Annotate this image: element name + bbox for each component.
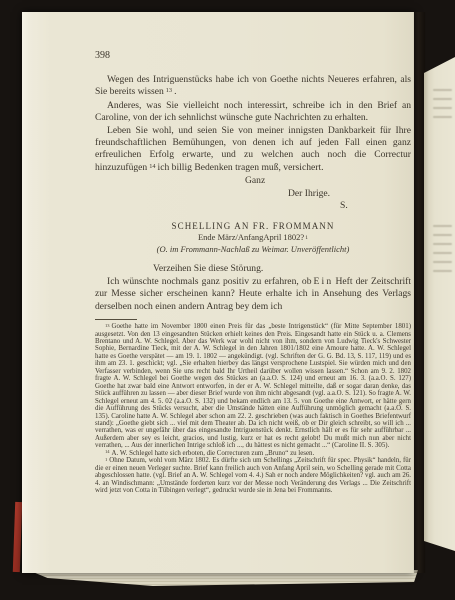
letter-date: Ende März/AnfangApril 1802?1 xyxy=(95,232,411,244)
page-content: 398 Wegen des Intriguenstücks habe ich v… xyxy=(95,12,411,495)
red-book-edge xyxy=(13,502,22,572)
ghost-text-line xyxy=(433,107,452,109)
letter-paragraph: Leben Sie wohl, und seien Sie von meiner… xyxy=(95,125,411,176)
footnote-marker: 14 xyxy=(105,449,110,454)
footnote-marker: 13 xyxy=(105,323,110,328)
ghost-text-line xyxy=(433,243,452,245)
ghost-text-line xyxy=(433,261,452,263)
ghost-text-line xyxy=(433,89,452,91)
footnote-ref-14: 14 xyxy=(149,163,155,170)
footnote-text: Goethe hatte im November 1800 einen Prei… xyxy=(95,323,411,449)
footnote-marker: 1 xyxy=(105,457,107,462)
footnote-rule xyxy=(95,319,137,320)
ghost-text-line xyxy=(433,116,452,118)
emphasized-word: Ein xyxy=(314,276,334,287)
letter-title: SCHELLING AN FR. FROMMANN xyxy=(95,221,411,232)
salutation: Verzeihen Sie diese Störung. xyxy=(95,263,411,275)
letter-paragraph: Wegen des Intriguenstücks habe ich von G… xyxy=(95,74,411,100)
letter-to-frommann-end: Wegen des Intriguenstücks habe ich von G… xyxy=(95,74,411,212)
closing-signature: S. xyxy=(95,200,411,212)
letter-date-text: Ende März/AnfangApril 1802? xyxy=(198,232,304,242)
ghost-text-line xyxy=(433,225,452,227)
letter-body: Verzeihen Sie diese Störung. Ich wünscht… xyxy=(95,263,411,313)
footnote-1: 1Ohne Datum, wohl vom März 1802. Es dürf… xyxy=(95,457,411,494)
footnotes-block: 13Goethe hatte im November 1800 einen Pr… xyxy=(95,323,411,494)
paragraph-text: ich billig Bedenken tragen muß, versiche… xyxy=(158,162,324,173)
footnote-ref-13: 13 xyxy=(166,87,172,94)
closing-ganz: Ganz xyxy=(95,175,411,187)
ghost-text-line xyxy=(433,252,452,254)
footnote-text: A. W. Schlegel hatte sich erboten, die C… xyxy=(112,450,315,457)
paragraph-text: Wegen des Intriguenstücks habe ich von G… xyxy=(95,74,411,97)
footnote-14: 14A. W. Schlegel hatte sich erboten, die… xyxy=(95,450,411,457)
footnote-13: 13Goethe hatte im November 1800 einen Pr… xyxy=(95,323,411,450)
ghost-text-line xyxy=(433,98,452,100)
paragraph-text: Ich wünschte nochmals ganz positiv zu er… xyxy=(107,276,312,287)
footnote-ref-1: 1 xyxy=(305,235,308,241)
letter-paragraph: Anderes, was Sie vielleicht noch interes… xyxy=(95,100,411,125)
ghost-text-line xyxy=(433,234,452,236)
provenance-note: (O. im Frommann-Nachlaß zu Weimar. Unver… xyxy=(95,244,411,254)
book-page: 398 Wegen des Intriguenstücks habe ich v… xyxy=(22,12,414,573)
closing-der-ihrige: Der Ihrige. xyxy=(95,188,411,200)
facing-page-edge xyxy=(424,57,455,551)
ghost-text-line xyxy=(433,270,452,272)
gutter-shadow xyxy=(413,12,425,573)
letter-heading-block: SCHELLING AN FR. FROMMANN Ende März/Anfa… xyxy=(95,221,411,254)
letter-paragraph: Ich wünschte nochmals ganz positiv zu er… xyxy=(95,276,411,313)
footnote-text: Ohne Datum, wohl vom März 1802. Es dürft… xyxy=(95,457,411,494)
page-number: 398 xyxy=(95,50,411,61)
paragraph-text: . xyxy=(174,86,176,97)
